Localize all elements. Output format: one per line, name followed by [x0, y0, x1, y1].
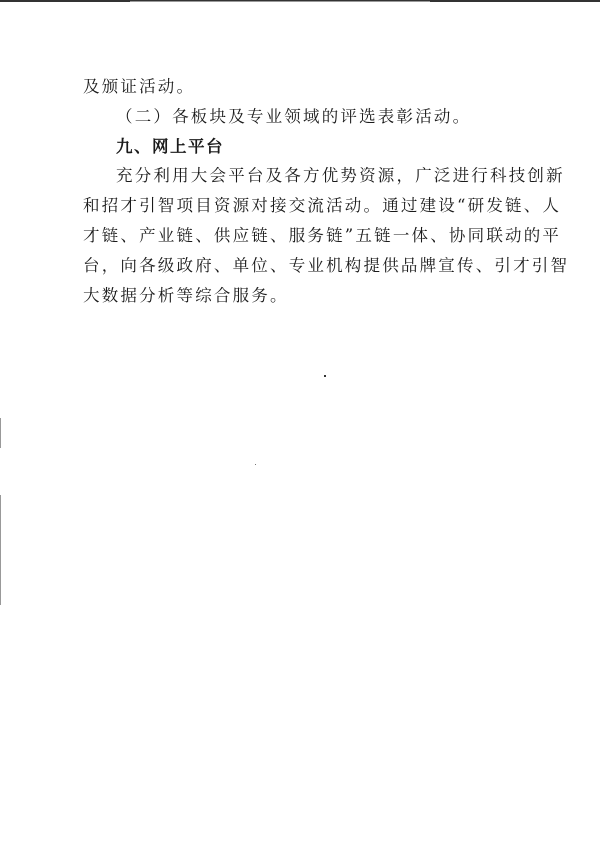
- scan-speck: [255, 464, 256, 465]
- body-line: 和招才引智项目资源对接交流活动。通过建设“研发链、人: [83, 191, 519, 221]
- scan-speck: [324, 375, 326, 377]
- body-line: 大数据分析等综合服务。: [83, 281, 519, 311]
- list-item-awards: （二）各板块及专业领域的评选表彰活动。: [83, 102, 519, 132]
- section-heading-online-platform: 九、网上平台: [83, 132, 519, 162]
- body-line: 才链、产业链、供应链、服务链”五链一体、协同联动的平: [83, 221, 519, 251]
- body-line: 充分利用大会平台及各方优势资源，广泛进行科技创新: [83, 161, 519, 191]
- scan-left-mark: [0, 418, 1, 448]
- body-paragraph: 充分利用大会平台及各方优势资源，广泛进行科技创新 和招才引智项目资源对接交流活动…: [83, 161, 519, 310]
- scan-top-border-light: [130, 1, 430, 2]
- scan-left-mark: [0, 495, 1, 575]
- scan-left-mark: [0, 575, 1, 605]
- body-line: 台，向各级政府、单位、专业机构提供品牌宣传、引才引智: [83, 251, 519, 281]
- paragraph-continuation-line: 及颁证活动。: [83, 72, 519, 102]
- document-page: 及颁证活动。 （二）各板块及专业领域的评选表彰活动。 九、网上平台 充分利用大会…: [83, 72, 519, 310]
